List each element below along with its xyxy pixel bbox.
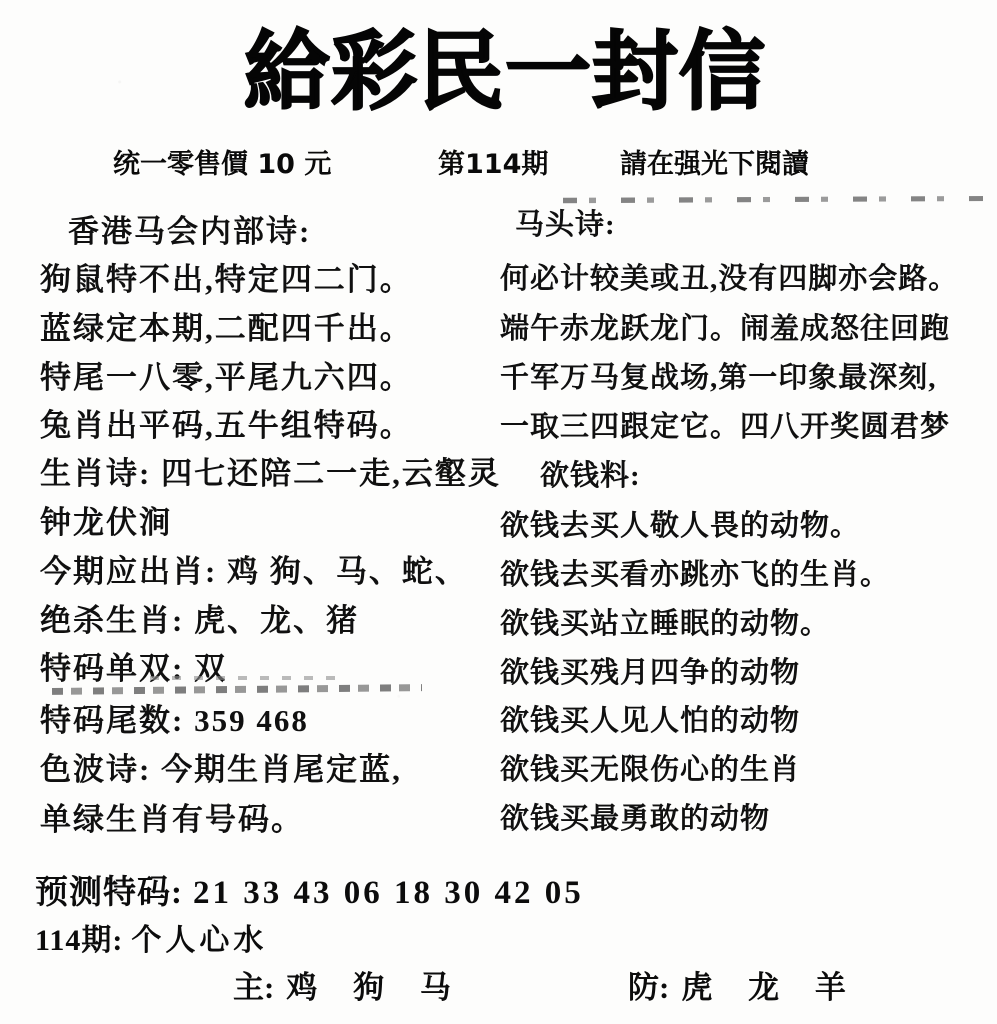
section-heading-money-tips: 欲钱料: — [540, 453, 641, 494]
poem-line: 蓝绿定本期,二配四千出。 — [40, 303, 413, 348]
money-tip-line: 欲钱买人见人怕的动物 — [500, 698, 800, 739]
tail-numbers-line: 特码尾数: 359 468 — [40, 695, 309, 740]
money-tip-line: 欲钱买站立睡眠的动物。 — [500, 601, 830, 642]
guard-zodiacs: 防:虎 龙 羊 — [628, 962, 852, 1007]
zodiac-poem-line: 生肖诗: 四七还陪二一走,云壑灵 — [40, 448, 501, 493]
section-heading-horse-poem: 马头诗: — [515, 202, 616, 243]
zodiac-poem-line: 钟龙伏涧 — [40, 497, 172, 542]
personal-pick: 114期:个人心水 — [35, 915, 267, 959]
section-heading-hk-poem: 香港马会内部诗: — [68, 206, 311, 251]
lottery-letter-sheet: 給彩民一封信 统一零售價 10 元 第114期 請在强光下閱讀 香港马会内部诗:… — [0, 0, 997, 1024]
money-tip-line: 欲钱买无限伤心的生肖 — [500, 747, 800, 788]
money-tip-line: 欲钱买残月四争的动物 — [500, 650, 800, 691]
predicted-special-label: 预测特码: — [35, 875, 183, 911]
poem-line: 千军万马复战场,第一印象最深刻, — [500, 355, 937, 396]
money-tip-line: 欲钱去买人敬人畏的动物。 — [500, 503, 860, 544]
page-title: 給彩民一封信 — [235, 22, 775, 122]
main-zodiacs: 主:鸡 狗 马 — [233, 962, 457, 1007]
poem-line: 何必计较美或丑,没有四脚亦会路。 — [500, 256, 958, 297]
guard-zodiacs-label: 防: — [628, 970, 669, 1005]
personal-pick-label: 114期: — [35, 924, 123, 957]
excluded-zodiacs-line: 绝杀生肖: 虎、龙、猪 — [40, 595, 359, 640]
main-zodiacs-value: 鸡 狗 马 — [286, 970, 457, 1005]
scan-smudge-top — [563, 196, 993, 205]
poem-line: 狗鼠特不出,特定四二门。 — [40, 254, 413, 299]
poem-line: 一取三四跟定它。四八开奖圆君梦 — [500, 404, 950, 445]
guard-zodiacs-value: 虎 龙 羊 — [681, 970, 852, 1005]
poem-line: 兔肖出平码,五牛组特码。 — [40, 400, 413, 445]
predicted-special-values: 21 33 43 06 18 30 42 05 — [193, 875, 584, 911]
odd-even-line: 特码单双: 双 — [40, 643, 227, 688]
retail-price: 统一零售價 10 元 — [113, 142, 331, 181]
personal-pick-value: 个人心水 — [131, 924, 267, 957]
color-wave-poem-line: 色波诗: 今期生肖尾定蓝, — [40, 744, 402, 789]
reading-notice: 請在强光下閱讀 — [620, 142, 809, 181]
issue-number: 第114期 — [438, 142, 548, 181]
money-tip-line: 欲钱买最勇敢的动物 — [500, 796, 770, 837]
main-zodiacs-label: 主: — [233, 970, 274, 1005]
expected-zodiacs-line: 今期应出肖: 鸡 狗、马、蛇、 — [40, 546, 468, 591]
poem-line: 端午赤龙跃龙门。闹羞成怒往回跑 — [500, 306, 950, 347]
poem-line: 特尾一八零,平尾九六四。 — [40, 352, 413, 397]
predicted-special-numbers: 预测特码:21 33 43 06 18 30 42 05 — [35, 866, 584, 913]
money-tip-line: 欲钱去买看亦跳亦飞的生肖。 — [500, 552, 890, 593]
color-wave-poem-line: 单绿生肖有号码。 — [40, 794, 304, 839]
